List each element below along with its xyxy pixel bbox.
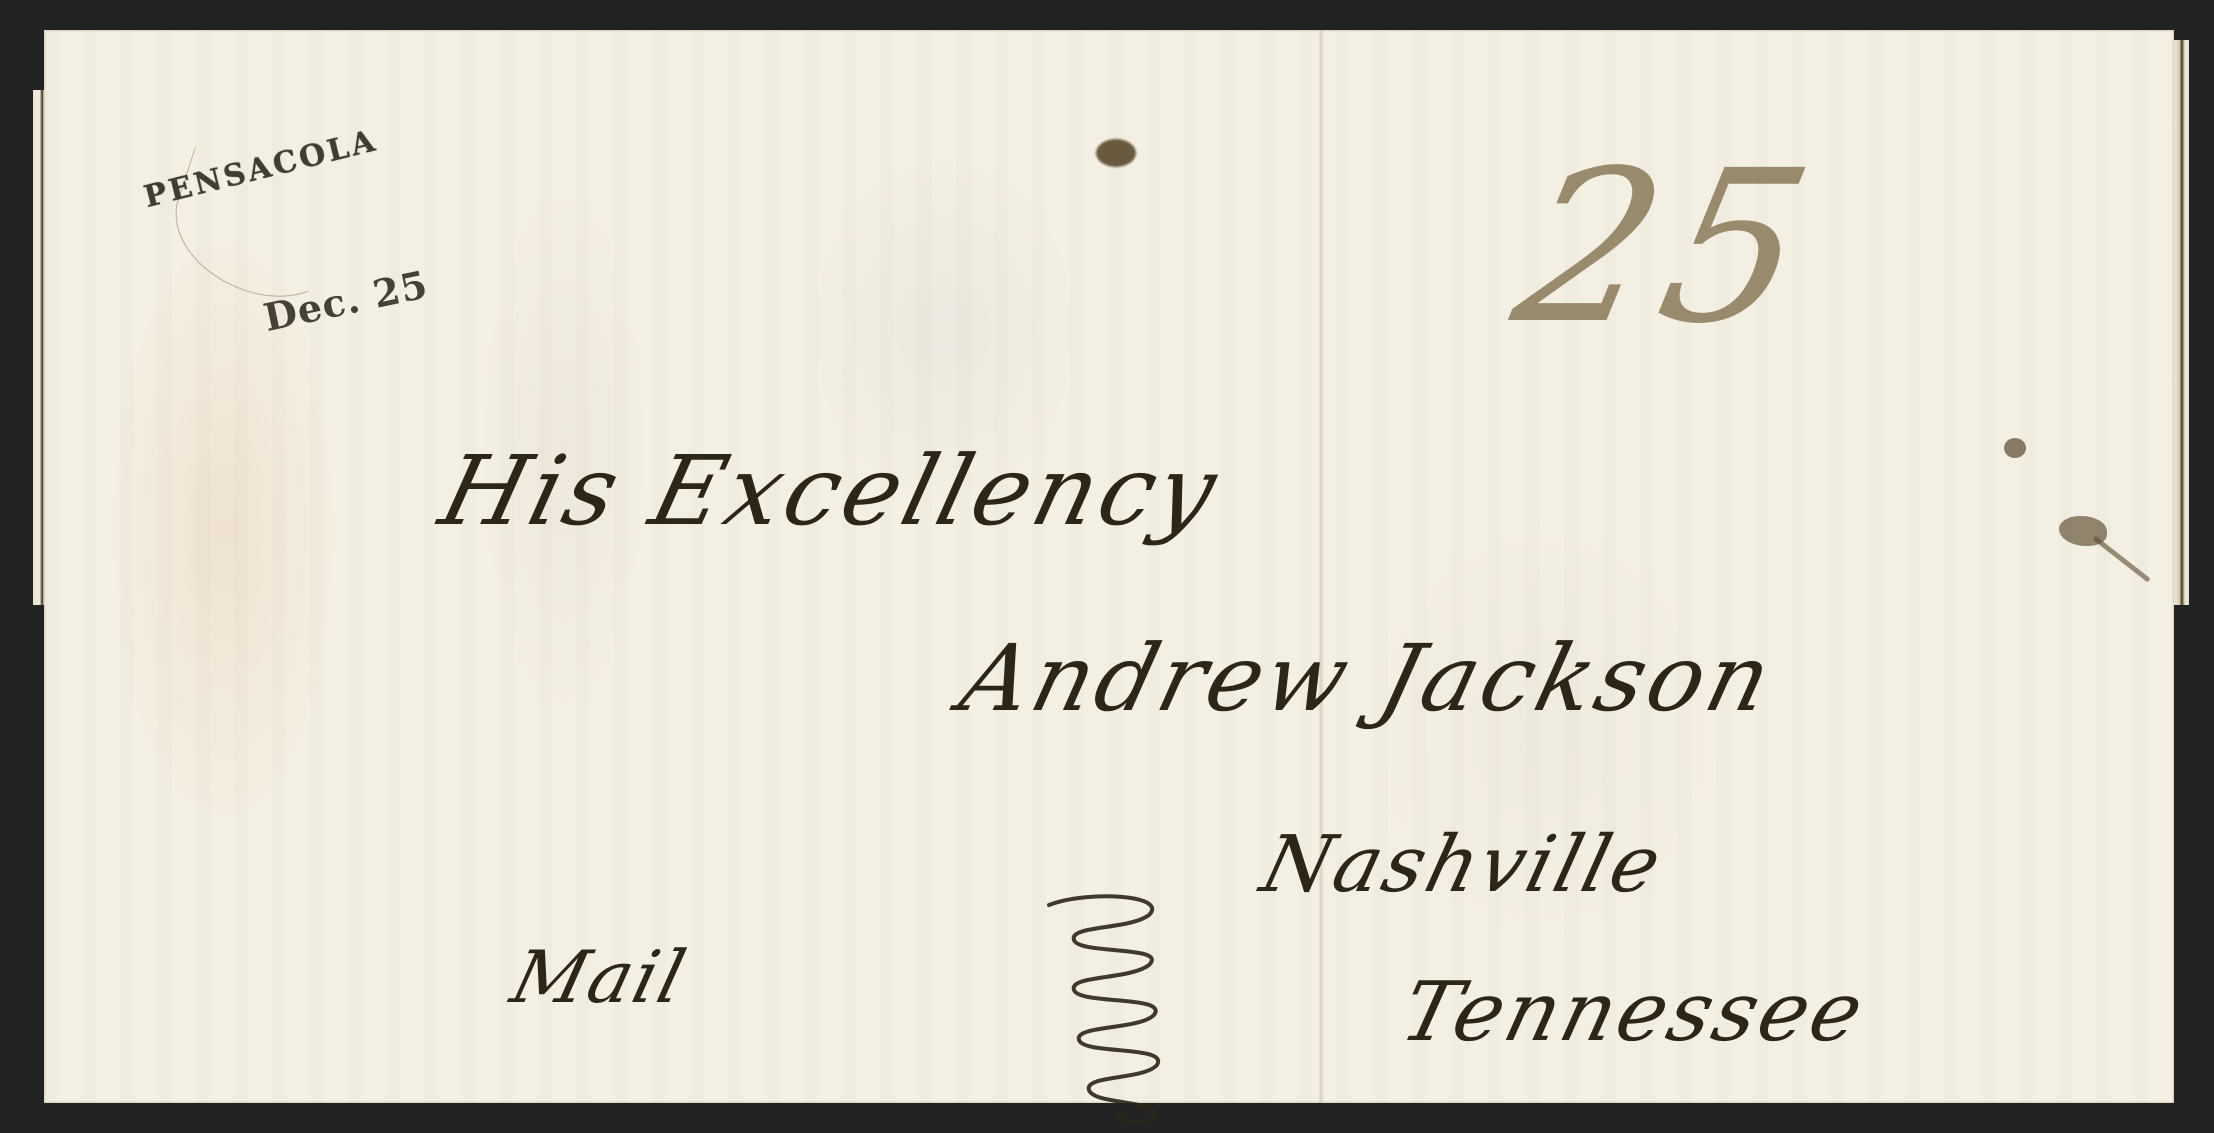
address-line-state: Tennessee — [1392, 965, 1875, 1060]
left-folded-flap — [33, 90, 44, 605]
ink-blot — [2004, 438, 2026, 458]
address-line-city: Nashville — [1253, 820, 1673, 910]
ink-dot — [1096, 139, 1136, 167]
mail-endorsement: Mail — [504, 935, 696, 1019]
letter-cover: PENSACOLA Dec. 25 25 His Excellency Andr… — [44, 30, 2174, 1103]
postage-rate-marking: 25 — [1498, 125, 1837, 370]
vertical-fold-line — [1318, 30, 1324, 1103]
ink-blot-tail — [2092, 536, 2150, 583]
address-line-name: Andrew Jackson — [951, 625, 1786, 732]
scroll-flourish-icon — [1029, 885, 1209, 1125]
right-folded-flap — [2173, 40, 2189, 605]
address-line-title: His Excellency — [430, 435, 1231, 547]
